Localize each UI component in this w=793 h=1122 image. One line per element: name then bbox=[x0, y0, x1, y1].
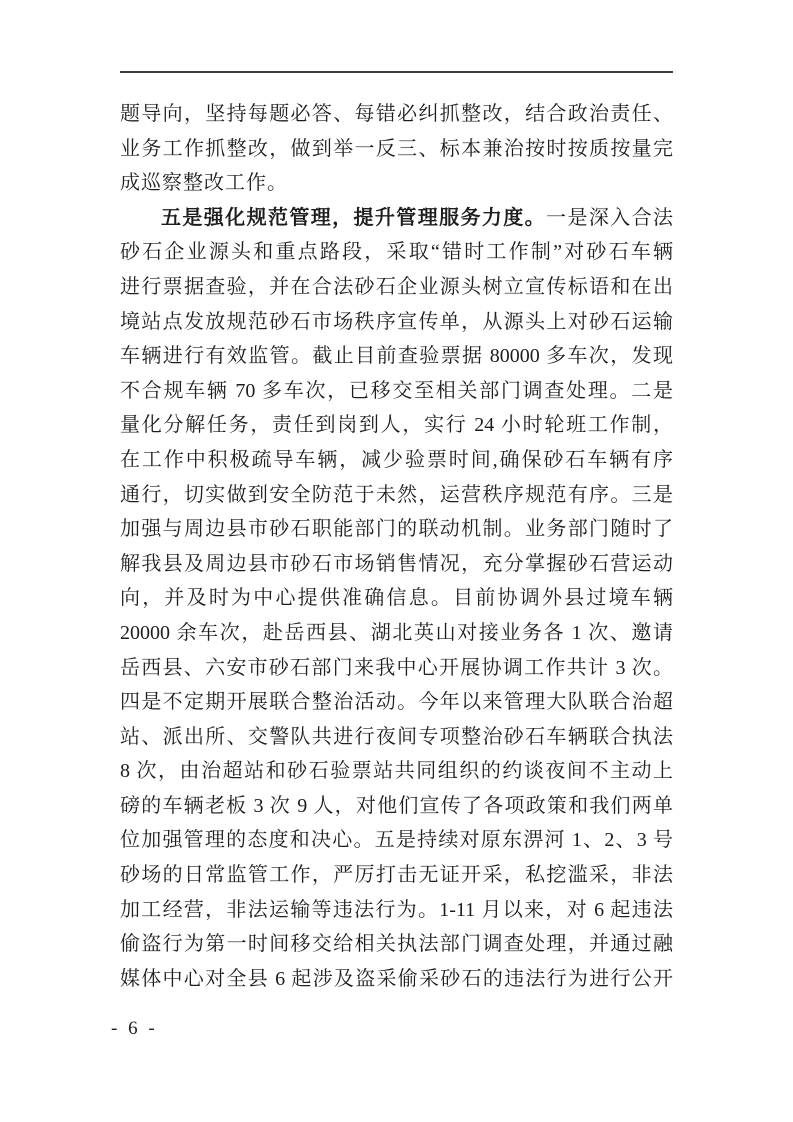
text-line: 在工作中积极疏导车辆，减少验票时间,确保砂石车辆有序 bbox=[120, 443, 673, 478]
text-line: 车辆进行有效监管。截止目前查验票据 80000 多车次，发现 bbox=[120, 339, 673, 374]
text-line: 8 次，由治超站和砂石验票站共同组织的约谈夜间不主动上 bbox=[120, 754, 673, 789]
line-text: 8 次，由治超站和砂石验票站共同组织的约谈夜间不主动上 bbox=[120, 760, 673, 782]
section-heading: 五是强化规范管理，提升管理服务力度。 bbox=[161, 207, 546, 229]
text-line: 砂场的日常监管工作，严厉打击无证开采，私挖滥采，非法 bbox=[120, 858, 673, 893]
line-text: 一是深入合法 bbox=[546, 207, 673, 229]
line-text: 砂石企业源头和重点路段，采取“错时工作制”对砂石车辆 bbox=[120, 241, 673, 263]
text-line: 向，并及时为中心提供准确信息。目前协调外县过境车辆 bbox=[120, 581, 673, 616]
document-page: 题导向，坚持每题必答、每错必纠抓整改，结合政治责任、 业务工作抓整改，做到举一反… bbox=[0, 0, 793, 1122]
line-text: 岳西县、六安市砂石部门来我中心开展协调工作共计 3 次。 bbox=[120, 657, 673, 679]
text-line: 磅的车辆老板 3 次 9 人，对他们宣传了各项政策和我们两单 bbox=[120, 789, 673, 824]
text-line: 不合规车辆 70 多车次，已移交至相关部门调查处理。二是 bbox=[120, 374, 673, 409]
line-text: 位加强管理的态度和决心。五是持续对原东淠河 1、2、3 号 bbox=[120, 829, 673, 851]
line-text: 成巡察整改工作。 bbox=[120, 172, 288, 194]
text-line: 岳西县、六安市砂石部门来我中心开展协调工作共计 3 次。 bbox=[120, 651, 673, 686]
line-text: 媒体中心对全县 6 起涉及盗采偷采砂石的违法行为进行公开 bbox=[120, 968, 673, 990]
line-text: 不合规车辆 70 多车次，已移交至相关部门调查处理。二是 bbox=[120, 380, 673, 402]
text-line: 进行票据查验，并在合法砂石企业源头树立宣传标语和在出 bbox=[120, 270, 673, 305]
text-line: 媒体中心对全县 6 起涉及盗采偷采砂石的违法行为进行公开 bbox=[120, 962, 673, 997]
line-text: 砂场的日常监管工作，严厉打击无证开采，私挖滥采，非法 bbox=[120, 864, 673, 886]
text-line: 五是强化规范管理，提升管理服务力度。一是深入合法 bbox=[120, 201, 673, 236]
line-text: 偷盗行为第一时间移交给相关执法部门调查处理，并通过融 bbox=[120, 933, 673, 955]
line-text: 解我县及周边县市砂石市场销售情况，充分掌握砂石营运动 bbox=[120, 553, 673, 575]
text-line: 业务工作抓整改，做到举一反三、标本兼治按时按质按量完 bbox=[120, 132, 673, 167]
line-text: 量化分解任务，责任到岗到人，实行 24 小时轮班工作制， bbox=[120, 414, 673, 436]
line-text: 进行票据查验，并在合法砂石企业源头树立宣传标语和在出 bbox=[120, 276, 673, 298]
line-text: 20000 余车次，赴岳西县、湖北英山对接业务各 1 次、邀请 bbox=[120, 622, 673, 644]
text-line: 境站点发放规范砂石市场秩序宣传单，从源头上对砂石运输 bbox=[120, 305, 673, 340]
text-line: 加强与周边县市砂石职能部门的联动机制。业务部门随时了 bbox=[120, 512, 673, 547]
text-line: 加工经营，非法运输等违法行为。1-11 月以来，对 6 起违法 bbox=[120, 893, 673, 928]
text-line: 题导向，坚持每题必答、每错必纠抓整改，结合政治责任、 bbox=[120, 97, 673, 132]
line-text: 业务工作抓整改，做到举一反三、标本兼治按时按质按量完 bbox=[120, 138, 673, 160]
line-text: 加强与周边县市砂石职能部门的联动机制。业务部门随时了 bbox=[120, 518, 673, 540]
text-line: 量化分解任务，责任到岗到人，实行 24 小时轮班工作制， bbox=[120, 408, 673, 443]
line-text: 四是不定期开展联合整治活动。今年以来管理大队联合治超 bbox=[120, 691, 673, 713]
line-text: 车辆进行有效监管。截止目前查验票据 80000 多车次，发现 bbox=[120, 345, 673, 367]
line-text: 加工经营，非法运输等违法行为。1-11 月以来，对 6 起违法 bbox=[120, 899, 673, 921]
line-text: 境站点发放规范砂石市场秩序宣传单，从源头上对砂石运输 bbox=[120, 311, 673, 333]
text-line: 砂石企业源头和重点路段，采取“错时工作制”对砂石车辆 bbox=[120, 235, 673, 270]
text-line: 站、派出所、交警队共进行夜间专项整治砂石车辆联合执法 bbox=[120, 720, 673, 755]
text-line: 成巡察整改工作。 bbox=[120, 166, 673, 201]
document-body: 题导向，坚持每题必答、每错必纠抓整改，结合政治责任、 业务工作抓整改，做到举一反… bbox=[120, 97, 673, 996]
text-line: 四是不定期开展联合整治活动。今年以来管理大队联合治超 bbox=[120, 685, 673, 720]
text-line: 通行，切实做到安全防范于未然，运营秩序规范有序。三是 bbox=[120, 478, 673, 513]
line-text: 站、派出所、交警队共进行夜间专项整治砂石车辆联合执法 bbox=[120, 726, 673, 748]
line-text: 向，并及时为中心提供准确信息。目前协调外县过境车辆 bbox=[120, 587, 673, 609]
line-text: 通行，切实做到安全防范于未然，运营秩序规范有序。三是 bbox=[120, 484, 673, 506]
line-text: 磅的车辆老板 3 次 9 人，对他们宣传了各项政策和我们两单 bbox=[120, 795, 673, 817]
page-number: - 6 - bbox=[111, 1018, 158, 1040]
text-line: 20000 余车次，赴岳西县、湖北英山对接业务各 1 次、邀请 bbox=[120, 616, 673, 651]
line-text: 在工作中积极疏导车辆，减少验票时间,确保砂石车辆有序 bbox=[120, 449, 673, 471]
text-line: 解我县及周边县市砂石市场销售情况，充分掌握砂石营运动 bbox=[120, 547, 673, 582]
text-line: 位加强管理的态度和决心。五是持续对原东淠河 1、2、3 号 bbox=[120, 823, 673, 858]
text-line: 偷盗行为第一时间移交给相关执法部门调查处理，并通过融 bbox=[120, 927, 673, 962]
line-text: 题导向，坚持每题必答、每错必纠抓整改，结合政治责任、 bbox=[120, 103, 673, 125]
header-rule bbox=[120, 71, 673, 73]
